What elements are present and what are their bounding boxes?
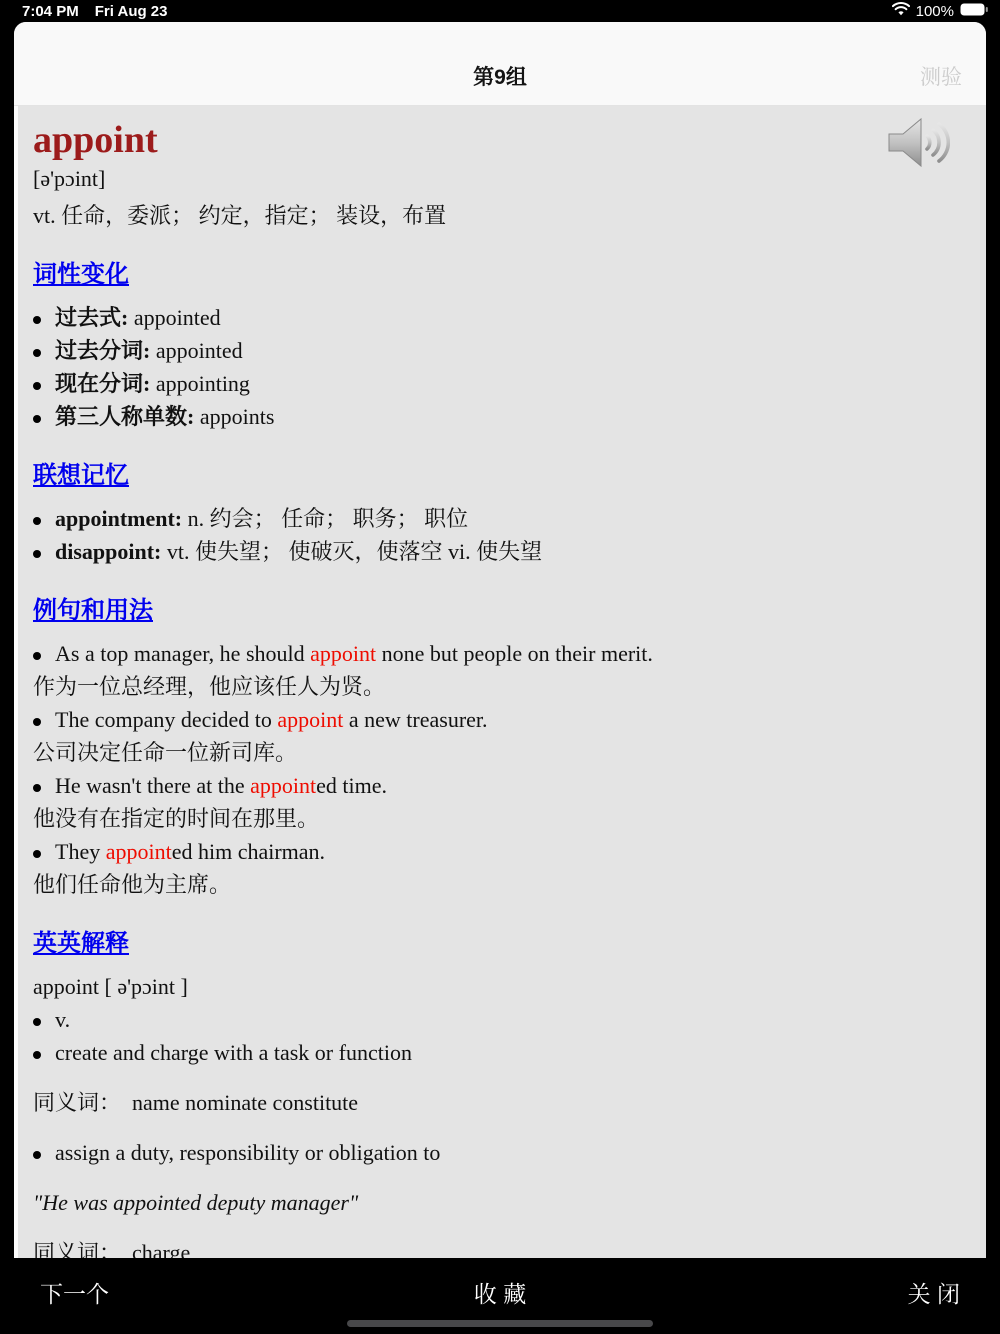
bullet-dot-icon (33, 550, 41, 558)
bullet-dot-icon (33, 850, 41, 858)
battery-icon (960, 3, 988, 20)
list-item: create and charge with a task or functio… (33, 1036, 966, 1069)
bottom-toolbar: 下一个 收 藏 关 闭 (0, 1258, 1000, 1334)
section: 词性变化过去式: appointed过去分词: appointed现在分词: a… (33, 254, 966, 433)
bullet-dot-icon (33, 1051, 41, 1059)
nav-bar: 第9组 测验 (14, 22, 986, 106)
bullet-dot-icon (33, 316, 41, 324)
bullet-dot-icon (33, 652, 41, 660)
list-item: v. (33, 1003, 966, 1036)
status-time: 7:04 PM (22, 3, 79, 20)
bullet-dot-icon (33, 382, 41, 390)
text-line: 公司决定任命一位新司库。 (33, 736, 966, 769)
section: 例句和用法As a top manager, he should appoint… (33, 590, 966, 901)
text-line: 他没有在指定的时间在那里。 (33, 802, 966, 835)
text-line: 他们任命他为主席。 (33, 868, 966, 901)
section-title-link[interactable]: 联想记忆 (33, 455, 129, 490)
headword: appoint (33, 118, 966, 162)
list-item: They appointed him chairman. (33, 835, 966, 868)
phonetic: [ə'pɔint] (33, 164, 966, 194)
status-date: Fri Aug 23 (95, 3, 168, 20)
app-window: 第9组 测验 appoint [ə'pɔint] vt. 任命，委派； 约定，指… (14, 22, 986, 1258)
sections: 词性变化过去式: appointed过去分词: appointed现在分词: a… (33, 254, 966, 1258)
section-title-link[interactable]: 词性变化 (33, 254, 129, 289)
list-item: appointment: n. 约会； 任命； 职务； 职位 (33, 502, 966, 535)
text-line: "He was appointed deputy manager" (33, 1186, 966, 1219)
wifi-icon (892, 2, 910, 20)
section: 联想记忆appointment: n. 约会； 任命； 职务； 职位disapp… (33, 455, 966, 568)
bullet-dot-icon (33, 1151, 41, 1159)
battery-percent: 100% (916, 3, 954, 20)
favorite-button[interactable]: 收 藏 (474, 1276, 526, 1309)
text-line: 同义词： name nominate constitute (33, 1086, 966, 1119)
list-item: As a top manager, he should appoint none… (33, 637, 966, 670)
bullet-dot-icon (33, 349, 41, 357)
list-item: 第三人称单数: appoints (33, 400, 966, 433)
bullet-dot-icon (33, 718, 41, 726)
list-item: 过去式: appointed (33, 301, 966, 334)
speaker-audio-icon[interactable] (886, 116, 950, 170)
status-bar: 7:04 PM Fri Aug 23 100% (0, 0, 1000, 22)
section-title-link[interactable]: 英英解释 (33, 923, 129, 958)
list-item: disappoint: vt. 使失望； 使破灭，使落空 vi. 使失望 (33, 535, 966, 568)
home-indicator[interactable] (347, 1320, 653, 1327)
list-item: He wasn't there at the appointed time. (33, 769, 966, 802)
screen: 7:04 PM Fri Aug 23 100% 第9组 (0, 0, 1000, 1334)
list-item: The company decided to appoint a new tre… (33, 703, 966, 736)
list-item: assign a duty, responsibility or obligat… (33, 1136, 966, 1169)
definition: vt. 任命，委派； 约定，指定； 装设，布置 (33, 200, 966, 232)
bullet-dot-icon (33, 517, 41, 525)
content-scroll[interactable]: appoint [ə'pɔint] vt. 任命，委派； 约定，指定； 装设，布… (14, 106, 986, 1258)
bullet-dot-icon (33, 784, 41, 792)
section-title-link[interactable]: 例句和用法 (33, 590, 153, 625)
bullet-dot-icon (33, 1018, 41, 1026)
page-title: 第9组 (14, 61, 986, 91)
text-line: 作为一位总经理，他应该任人为贤。 (33, 670, 966, 703)
text-line: 同义词： charge (33, 1236, 966, 1258)
quiz-button[interactable]: 测验 (920, 61, 962, 91)
text-line: appoint [ ə'pɔint ] (33, 970, 966, 1003)
bullet-dot-icon (33, 415, 41, 423)
section: 英英解释appoint [ ə'pɔint ]v.create and char… (33, 923, 966, 1258)
close-button[interactable]: 关 闭 (908, 1276, 960, 1309)
list-item: 过去分词: appointed (33, 334, 966, 367)
list-item: 现在分词: appointing (33, 367, 966, 400)
next-button[interactable]: 下一个 (40, 1276, 109, 1309)
